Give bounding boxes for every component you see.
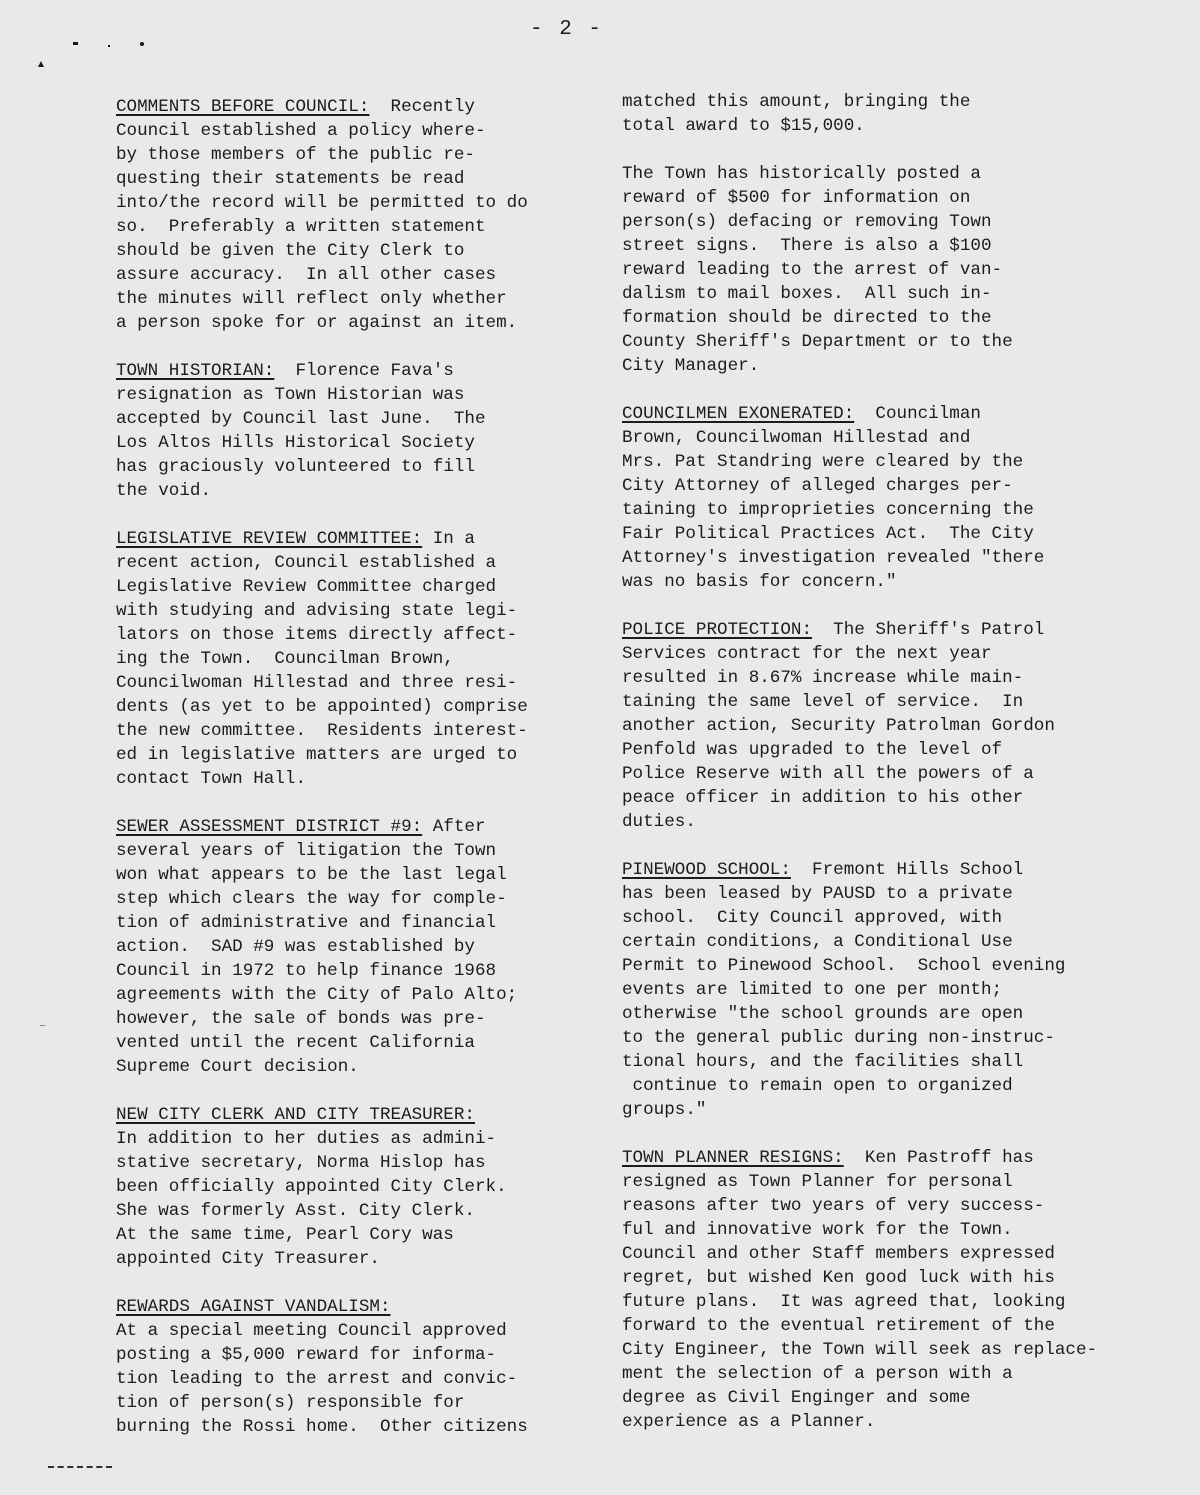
text-line: Supreme Court decision. [116, 1055, 528, 1079]
text-line: by those members of the public re- [116, 143, 528, 167]
text-line: PINEWOOD SCHOOL: Fremont Hills School [622, 858, 1097, 882]
text-line: lators on those items directly affect- [116, 623, 528, 647]
scan-speck [108, 45, 110, 47]
text-line: reward leading to the arrest of van- [622, 258, 1097, 282]
line-text: ful and innovative work for the Town. [622, 1220, 1013, 1240]
text-line: Brown, Councilwoman Hillestad and [622, 426, 1097, 450]
text-line: agreements with the City of Palo Alto; [116, 983, 528, 1007]
line-text: taining the same level of service. In [622, 692, 1023, 712]
text-line: to the general public during non-instruc… [622, 1026, 1097, 1050]
line-text: continue to remain open to organized [622, 1076, 1013, 1096]
margin-dash-mark [48, 1466, 112, 1468]
text-line: ful and innovative work for the Town. [622, 1218, 1097, 1242]
text-line: resulted in 8.67% increase while main- [622, 666, 1097, 690]
line-text: tional hours, and the facilities shall [622, 1052, 1023, 1072]
line-text: Los Altos Hills Historical Society [116, 433, 475, 453]
line-text: otherwise "the school grounds are open [622, 1004, 1023, 1024]
text-line: Penfold was upgraded to the level of [622, 738, 1097, 762]
line-text: Brown, Councilwoman Hillestad and [622, 428, 970, 448]
line-text: into/the record will be permitted to do [116, 193, 528, 213]
article-rewards-against-vandalism: REWARDS AGAINST VANDALISM:At a special m… [116, 1295, 528, 1439]
line-text: City Manager. [622, 356, 759, 376]
line-text: In addition to her duties as admini- [116, 1129, 496, 1149]
article-councilmen-exonerated: COUNCILMEN EXONERATED: CouncilmanBrown, … [622, 402, 1097, 594]
article-town-historian: TOWN HISTORIAN: Florence Fava'sresignati… [116, 359, 528, 503]
line-text: been officially appointed City Clerk. [116, 1177, 507, 1197]
text-line: POLICE PROTECTION: The Sheriff's Patrol [622, 618, 1097, 642]
line-text: however, the sale of bonds was pre- [116, 1009, 486, 1029]
line-text: regret, but wished Ken good luck with hi… [622, 1268, 1055, 1288]
line-text: several years of litigation the Town [116, 841, 496, 861]
text-line: into/the record will be permitted to do [116, 191, 528, 215]
text-line: SEWER ASSESSMENT DISTRICT #9: After [116, 815, 528, 839]
line-text: After [422, 817, 485, 837]
text-line: City Attorney of alleged charges per- [622, 474, 1097, 498]
line-text: vented until the recent California [116, 1033, 475, 1053]
text-line: ed in legislative matters are urged to [116, 743, 528, 767]
line-text: was no basis for concern." [622, 572, 897, 592]
text-line: recent action, Council established a [116, 551, 528, 575]
section-heading: POLICE PROTECTION: [622, 620, 812, 640]
line-text: total award to $15,000. [622, 116, 865, 136]
text-line: so. Preferably a written statement [116, 215, 528, 239]
text-line: At a special meeting Council approved [116, 1319, 528, 1343]
line-text: Permit to Pinewood School. School evenin… [622, 956, 1065, 976]
line-text: Councilwoman Hillestad and three resi- [116, 673, 517, 693]
text-line: step which clears the way for comple- [116, 887, 528, 911]
line-text: The Town has historically posted a [622, 164, 981, 184]
text-line: total award to $15,000. [622, 114, 1097, 138]
section-heading: TOWN PLANNER RESIGNS: [622, 1148, 844, 1168]
text-line: action. SAD #9 was established by [116, 935, 528, 959]
line-text: In a [422, 529, 475, 549]
line-text: contact Town Hall. [116, 769, 306, 789]
line-text: experience as a Planner. [622, 1412, 875, 1432]
scan-speck [40, 1025, 45, 1026]
text-line: COUNCILMEN EXONERATED: Councilman [622, 402, 1097, 426]
line-text: Fremont Hills School [791, 860, 1023, 880]
article-comments-before-council: COMMENTS BEFORE COUNCIL: RecentlyCouncil… [116, 95, 528, 335]
line-text: certain conditions, a Conditional Use [622, 932, 1013, 952]
line-text: forward to the eventual retirement of th… [622, 1316, 1055, 1336]
line-text: At a special meeting Council approved [116, 1321, 507, 1341]
line-text: assure accuracy. In all other cases [116, 265, 496, 285]
section-heading: PINEWOOD SCHOOL: [622, 860, 791, 880]
text-line: Fair Political Practices Act. The City [622, 522, 1097, 546]
line-text: has been leased by PAUSD to a private [622, 884, 1013, 904]
line-text: tion of person(s) responsible for [116, 1393, 464, 1413]
article-continuation: matched this amount, bringing thetotal a… [622, 90, 1097, 138]
line-text: City Attorney of alleged charges per- [622, 476, 1013, 496]
line-text: Police Reserve with all the powers of a [622, 764, 1034, 784]
text-line: tion of person(s) responsible for [116, 1391, 528, 1415]
line-text: lators on those items directly affect- [116, 625, 517, 645]
line-text: step which clears the way for comple- [116, 889, 507, 909]
text-line: Councilwoman Hillestad and three resi- [116, 671, 528, 695]
line-text: tion of administrative and financial [116, 913, 496, 933]
line-text: posting a $5,000 reward for informa- [116, 1345, 496, 1365]
text-line: taining to improprieties concerning the [622, 498, 1097, 522]
text-line: LEGISLATIVE REVIEW COMMITTEE: In a [116, 527, 528, 551]
text-line: certain conditions, a Conditional Use [622, 930, 1097, 954]
article-legislative-review-committee: LEGISLATIVE REVIEW COMMITTEE: In arecent… [116, 527, 528, 791]
line-text: another action, Security Patrolman Gordo… [622, 716, 1055, 736]
line-text: Councilman [854, 404, 981, 424]
right-column: matched this amount, bringing thetotal a… [622, 90, 1097, 1458]
line-text: action. SAD #9 was established by [116, 937, 475, 957]
line-text: future plans. It was agreed that, lookin… [622, 1292, 1065, 1312]
line-text: the void. [116, 481, 211, 501]
text-line: She was formerly Asst. City Clerk. [116, 1199, 528, 1223]
line-text: Services contract for the next year [622, 644, 992, 664]
line-text: She was formerly Asst. City Clerk. [116, 1201, 475, 1221]
article-pinewood-school: PINEWOOD SCHOOL: Fremont Hills Schoolhas… [622, 858, 1097, 1122]
text-line: the new committee. Residents interest- [116, 719, 528, 743]
text-line: person(s) defacing or removing Town [622, 210, 1097, 234]
line-text: Supreme Court decision. [116, 1057, 359, 1077]
text-line: COMMENTS BEFORE COUNCIL: Recently [116, 95, 528, 119]
text-line: several years of litigation the Town [116, 839, 528, 863]
text-line: City Engineer, the Town will seek as rep… [622, 1338, 1097, 1362]
line-text: Florence Fava's [274, 361, 454, 381]
line-text: County Sheriff's Department or to the [622, 332, 1013, 352]
line-text: so. Preferably a written statement [116, 217, 486, 237]
line-text: dalism to mail boxes. All such in- [622, 284, 992, 304]
text-line: assure accuracy. In all other cases [116, 263, 528, 287]
text-line: otherwise "the school grounds are open [622, 1002, 1097, 1026]
text-line: continue to remain open to organized [622, 1074, 1097, 1098]
section-heading: COMMENTS BEFORE COUNCIL: [116, 97, 369, 117]
section-heading: LEGISLATIVE REVIEW COMMITTEE: [116, 529, 422, 549]
line-text: resulted in 8.67% increase while main- [622, 668, 1023, 688]
line-text: formation should be directed to the [622, 308, 992, 328]
line-text: duties. [622, 812, 696, 832]
text-line: County Sheriff's Department or to the [622, 330, 1097, 354]
text-line: REWARDS AGAINST VANDALISM: [116, 1295, 528, 1319]
text-line: regret, but wished Ken good luck with hi… [622, 1266, 1097, 1290]
line-text: recent action, Council established a [116, 553, 496, 573]
text-line: Council in 1972 to help finance 1968 [116, 959, 528, 983]
text-line: resignation as Town Historian was [116, 383, 528, 407]
text-line: was no basis for concern." [622, 570, 1097, 594]
text-line: formation should be directed to the [622, 306, 1097, 330]
text-line: street signs. There is also a $100 [622, 234, 1097, 258]
line-text: tion leading to the arrest and convic- [116, 1369, 517, 1389]
text-line: events are limited to one per month; [622, 978, 1097, 1002]
text-line: Services contract for the next year [622, 642, 1097, 666]
scan-speck [140, 42, 144, 46]
section-heading: SEWER ASSESSMENT DISTRICT #9: [116, 817, 422, 837]
line-text: questing their statements be read [116, 169, 464, 189]
section-heading: NEW CITY CLERK AND CITY TREASURER: [116, 1105, 475, 1125]
text-line: Council established a policy where- [116, 119, 528, 143]
text-line: school. City Council approved, with [622, 906, 1097, 930]
text-line: however, the sale of bonds was pre- [116, 1007, 528, 1031]
text-line: Los Altos Hills Historical Society [116, 431, 528, 455]
line-text: burning the Rossi home. Other citizens [116, 1417, 528, 1437]
text-line: future plans. It was agreed that, lookin… [622, 1290, 1097, 1314]
text-line: At the same time, Pearl Cory was [116, 1223, 528, 1247]
text-line: another action, Security Patrolman Gordo… [622, 714, 1097, 738]
text-line: TOWN HISTORIAN: Florence Fava's [116, 359, 528, 383]
text-line: forward to the eventual retirement of th… [622, 1314, 1097, 1338]
line-text: to the general public during non-instruc… [622, 1028, 1055, 1048]
line-text: ed in legislative matters are urged to [116, 745, 517, 765]
line-text: the minutes will reflect only whether [116, 289, 507, 309]
left-column: COMMENTS BEFORE COUNCIL: RecentlyCouncil… [116, 95, 528, 1463]
line-text: dents (as yet to be appointed) comprise [116, 697, 528, 717]
line-text: stative secretary, Norma Hislop has [116, 1153, 486, 1173]
line-text: taining to improprieties concerning the [622, 500, 1034, 520]
line-text: reward of $500 for information on [622, 188, 970, 208]
text-line: degree as Civil Enginger and some [622, 1386, 1097, 1410]
line-text: school. City Council approved, with [622, 908, 1002, 928]
text-line: appointed City Treasurer. [116, 1247, 528, 1271]
line-text: Legislative Review Committee charged [116, 577, 496, 597]
line-text: reasons after two years of very success- [622, 1196, 1044, 1216]
text-line: vented until the recent California [116, 1031, 528, 1055]
line-text: appointed City Treasurer. [116, 1249, 380, 1269]
text-line: been officially appointed City Clerk. [116, 1175, 528, 1199]
text-line: Permit to Pinewood School. School evenin… [622, 954, 1097, 978]
line-text: a person spoke for or against an item. [116, 313, 517, 333]
text-line: duties. [622, 810, 1097, 834]
text-line: The Town has historically posted a [622, 162, 1097, 186]
line-text: by those members of the public re- [116, 145, 475, 165]
line-text: matched this amount, bringing the [622, 92, 970, 112]
line-text: should be given the City Clerk to [116, 241, 464, 261]
line-text: resigned as Town Planner for personal [622, 1172, 1013, 1192]
line-text: Council established a policy where- [116, 121, 486, 141]
line-text: won what appears to be the last legal [116, 865, 507, 885]
line-text: accepted by Council last June. The [116, 409, 486, 429]
line-text: Ken Pastroff has [844, 1148, 1034, 1168]
scan-speck [73, 42, 78, 45]
article-sewer-assessment-district-9: SEWER ASSESSMENT DISTRICT #9: Aftersever… [116, 815, 528, 1079]
text-line: reasons after two years of very success- [622, 1194, 1097, 1218]
text-line: Mrs. Pat Standring were cleared by the [622, 450, 1097, 474]
line-text: resignation as Town Historian was [116, 385, 464, 405]
text-line: burning the Rossi home. Other citizens [116, 1415, 528, 1439]
line-text: Penfold was upgraded to the level of [622, 740, 1002, 760]
line-text: ing the Town. Councilman Brown, [116, 649, 454, 669]
line-text: Recently [369, 97, 475, 117]
line-text: reward leading to the arrest of van- [622, 260, 1002, 280]
line-text: street signs. There is also a $100 [622, 236, 992, 256]
line-text: person(s) defacing or removing Town [622, 212, 992, 232]
line-text: agreements with the City of Palo Alto; [116, 985, 517, 1005]
text-line: Legislative Review Committee charged [116, 575, 528, 599]
text-line: dents (as yet to be appointed) comprise [116, 695, 528, 719]
scan-speck [38, 61, 44, 67]
text-line: won what appears to be the last legal [116, 863, 528, 887]
line-text: has graciously volunteered to fill [116, 457, 475, 477]
section-heading: COUNCILMEN EXONERATED: [622, 404, 854, 424]
text-line: a person spoke for or against an item. [116, 311, 528, 335]
article-town-planner-resigns: TOWN PLANNER RESIGNS: Ken Pastroff hasre… [622, 1146, 1097, 1434]
line-text: The Sheriff's Patrol [812, 620, 1044, 640]
line-text: Council and other Staff members expresse… [622, 1244, 1055, 1264]
line-text: the new committee. Residents interest- [116, 721, 528, 741]
article-new-city-clerk-and-city-treasurer: NEW CITY CLERK AND CITY TREASURER:In add… [116, 1103, 528, 1271]
text-line: experience as a Planner. [622, 1410, 1097, 1434]
text-line: reward of $500 for information on [622, 186, 1097, 210]
line-text: Fair Political Practices Act. The City [622, 524, 1034, 544]
text-line: has graciously volunteered to fill [116, 455, 528, 479]
line-text: degree as Civil Enginger and some [622, 1388, 970, 1408]
page-number: - 2 - [530, 18, 603, 41]
section-heading: TOWN HISTORIAN: [116, 361, 274, 381]
line-text: events are limited to one per month; [622, 980, 1002, 1000]
section-heading: REWARDS AGAINST VANDALISM: [116, 1297, 391, 1317]
text-line: posting a $5,000 reward for informa- [116, 1343, 528, 1367]
line-text: groups." [622, 1100, 706, 1120]
text-line: peace officer in addition to his other [622, 786, 1097, 810]
text-line: TOWN PLANNER RESIGNS: Ken Pastroff has [622, 1146, 1097, 1170]
text-line: taining the same level of service. In [622, 690, 1097, 714]
text-line: matched this amount, bringing the [622, 90, 1097, 114]
line-text: peace officer in addition to his other [622, 788, 1023, 808]
article-continuation: The Town has historically posted areward… [622, 162, 1097, 378]
text-line: tional hours, and the facilities shall [622, 1050, 1097, 1074]
text-line: tion leading to the arrest and convic- [116, 1367, 528, 1391]
line-text: At the same time, Pearl Cory was [116, 1225, 454, 1245]
text-line: with studying and advising state legi- [116, 599, 528, 623]
text-line: the void. [116, 479, 528, 503]
text-line: stative secretary, Norma Hislop has [116, 1151, 528, 1175]
line-text: Council in 1972 to help finance 1968 [116, 961, 496, 981]
article-police-protection: POLICE PROTECTION: The Sheriff's PatrolS… [622, 618, 1097, 834]
text-line: City Manager. [622, 354, 1097, 378]
line-text: ment the selection of a person with a [622, 1364, 1013, 1384]
text-line: has been leased by PAUSD to a private [622, 882, 1097, 906]
text-line: resigned as Town Planner for personal [622, 1170, 1097, 1194]
text-line: ment the selection of a person with a [622, 1362, 1097, 1386]
text-line: questing their statements be read [116, 167, 528, 191]
text-line: dalism to mail boxes. All such in- [622, 282, 1097, 306]
line-text: Attorney's investigation revealed "there [622, 548, 1044, 568]
text-line: tion of administrative and financial [116, 911, 528, 935]
line-text: City Engineer, the Town will seek as rep… [622, 1340, 1097, 1360]
text-line: groups." [622, 1098, 1097, 1122]
text-line: Police Reserve with all the powers of a [622, 762, 1097, 786]
text-line: Council and other Staff members expresse… [622, 1242, 1097, 1266]
text-line: ing the Town. Councilman Brown, [116, 647, 528, 671]
text-line: the minutes will reflect only whether [116, 287, 528, 311]
text-line: In addition to her duties as admini- [116, 1127, 528, 1151]
text-line: accepted by Council last June. The [116, 407, 528, 431]
text-line: contact Town Hall. [116, 767, 528, 791]
text-line: should be given the City Clerk to [116, 239, 528, 263]
text-line: Attorney's investigation revealed "there [622, 546, 1097, 570]
text-line: NEW CITY CLERK AND CITY TREASURER: [116, 1103, 528, 1127]
line-text: with studying and advising state legi- [116, 601, 517, 621]
line-text: Mrs. Pat Standring were cleared by the [622, 452, 1023, 472]
